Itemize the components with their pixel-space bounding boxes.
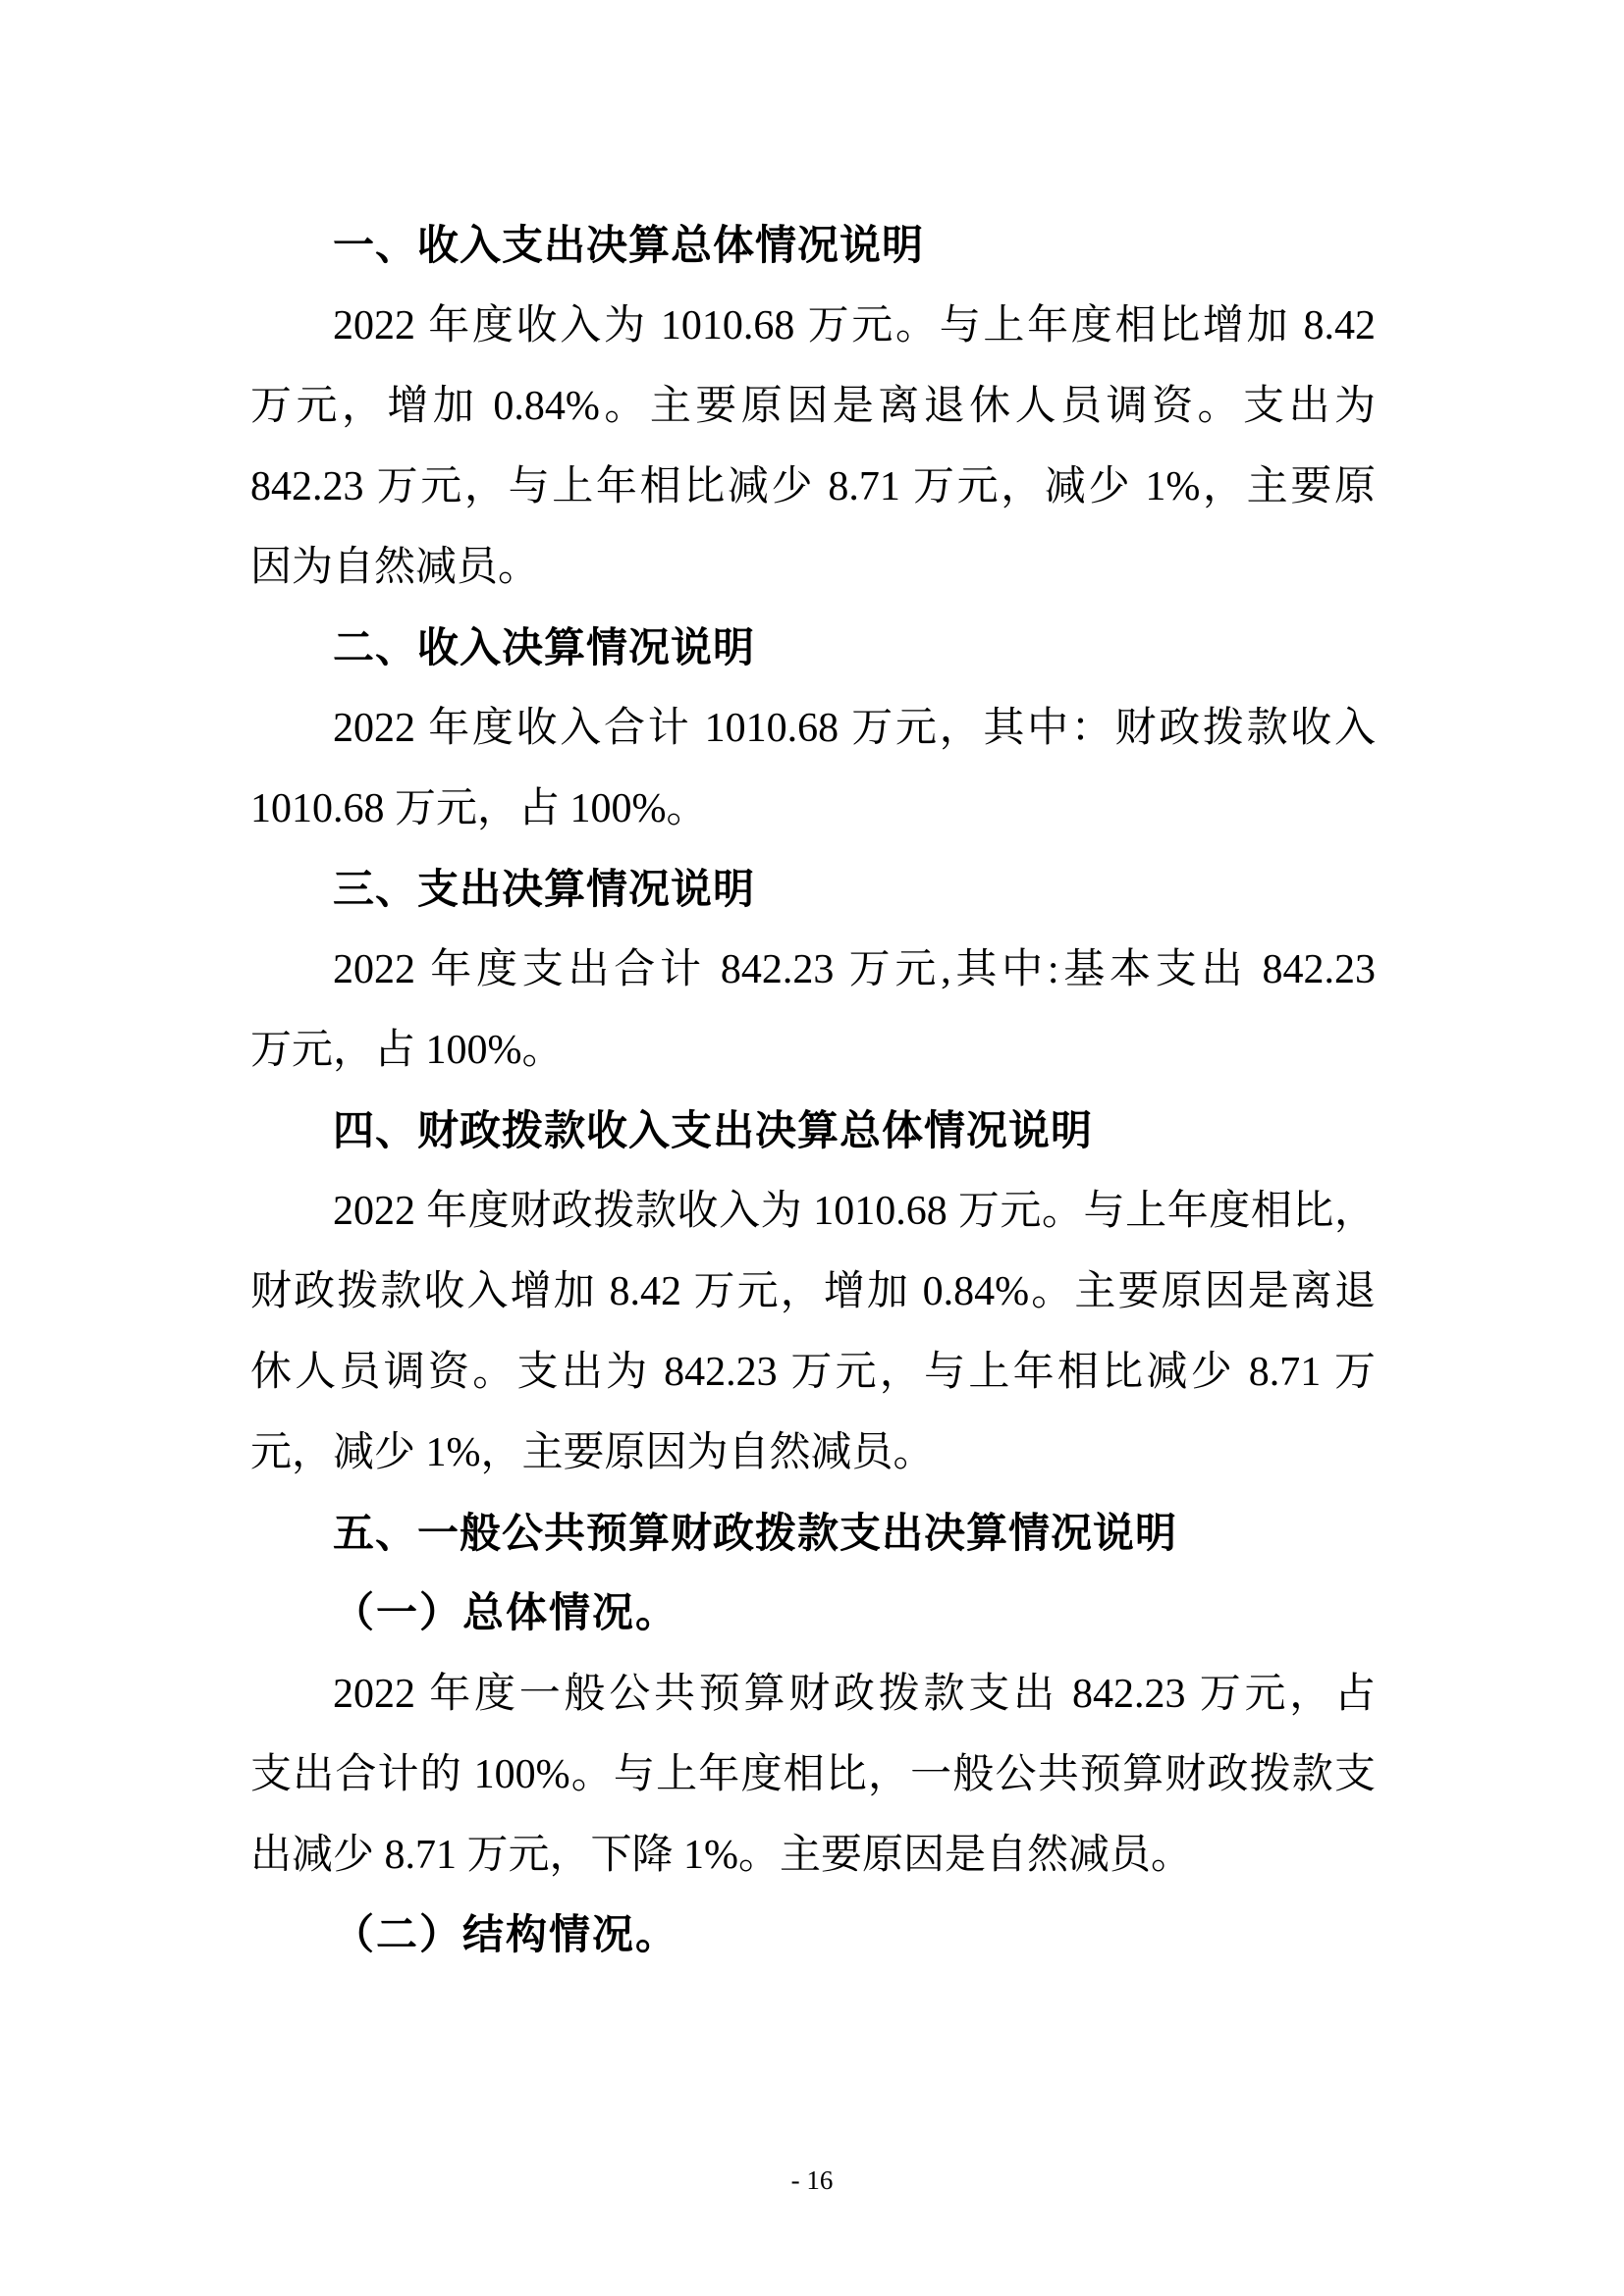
subsection-heading-1: （一）总体情况。 xyxy=(250,1574,1376,1654)
section-heading-2: 二、收入决算情况说明 xyxy=(250,608,1376,688)
section-heading-4: 四、财政拨款收入支出决算总体情况说明 xyxy=(250,1091,1376,1171)
body-line: 2022 年度收入合计 1010.68 万元，其中：财政拨款收入 xyxy=(250,688,1376,769)
page-number: - 16 xyxy=(0,2164,1624,2196)
body-line: 2022 年度支出合计 842.23 万元,其中:基本支出 842.23 xyxy=(250,930,1376,1010)
body-line: 财政拨款收入增加 8.42 万元，增加 0.84%。主要原因是离退 xyxy=(250,1252,1376,1332)
document-page: 一、收入支出决算总体情况说明 2022 年度收入为 1010.68 万元。与上年… xyxy=(0,0,1624,2296)
body-line: 2022 年度收入为 1010.68 万元。与上年度相比增加 8.42 xyxy=(250,286,1376,366)
body-line: 万元，增加 0.84%。主要原因是离退休人员调资。支出为 xyxy=(250,366,1376,447)
section-heading-1: 一、收入支出决算总体情况说明 xyxy=(250,205,1376,286)
subsection-heading-2: （二）结构情况。 xyxy=(250,1896,1376,1976)
body-line: 万元，占 100%。 xyxy=(250,1010,1376,1091)
body-line: 1010.68 万元，占 100%。 xyxy=(250,769,1376,849)
document-text-block: 一、收入支出决算总体情况说明 2022 年度收入为 1010.68 万元。与上年… xyxy=(250,205,1376,1976)
body-line: 出减少 8.71 万元，下降 1%。主要原因是自然减员。 xyxy=(250,1815,1376,1896)
body-line: 842.23 万元，与上年相比减少 8.71 万元，减少 1%，主要原 xyxy=(250,447,1376,527)
body-line: 2022 年度财政拨款收入为 1010.68 万元。与上年度相比， xyxy=(250,1171,1376,1252)
body-line: 因为自然减员。 xyxy=(250,527,1376,608)
body-line: 休人员调资。支出为 842.23 万元，与上年相比减少 8.71 万 xyxy=(250,1332,1376,1413)
body-line: 支出合计的 100%。与上年度相比，一般公共预算财政拨款支 xyxy=(250,1735,1376,1815)
section-heading-3: 三、支出决算情况说明 xyxy=(250,849,1376,930)
body-line: 2022 年度一般公共预算财政拨款支出 842.23 万元，占 xyxy=(250,1654,1376,1735)
body-line: 元，减少 1%，主要原因为自然减员。 xyxy=(250,1413,1376,1493)
section-heading-5: 五、一般公共预算财政拨款支出决算情况说明 xyxy=(250,1493,1376,1574)
